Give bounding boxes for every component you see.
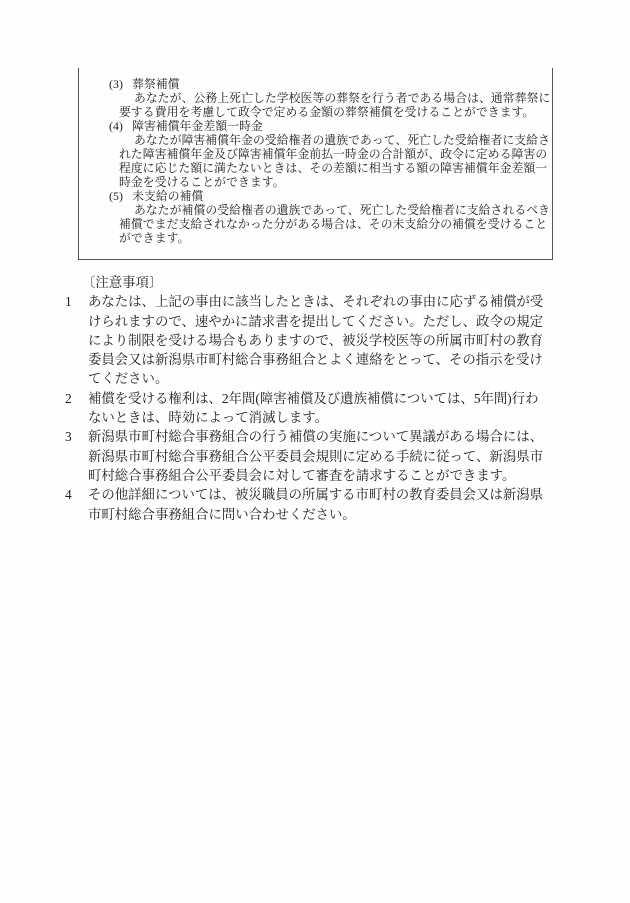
clause-5-heading: (5)未支給の補償 (79, 189, 552, 203)
clause-4-number: (4) (109, 119, 123, 133)
note-1-line: 1あなたは、上記の事由に該当したときは、それぞれの事由に応ずる補償が受 (0, 292, 630, 311)
clause-4-title: 障害補償年金差額一時金 (132, 119, 263, 133)
clause-5-body-line: あなたが補償の受給権者の遺族であって、死亡した受給権者に支給されるべき (79, 203, 552, 217)
clause-3-body-line: あなたが、公務上死亡した学校医等の葬祭を行う者である場合は、通常葬祭に (79, 91, 552, 105)
note-1-number: 1 (65, 292, 72, 311)
clause-3-title: 葬祭補償 (132, 77, 180, 91)
note-1-line: けられますので、速やかに請求書を提出してください。ただし、政令の規定 (0, 312, 630, 331)
clause-5-body-line: 補償でまだ支給されなかった分がある場合は、その未支給分の補償を受けること (79, 217, 552, 231)
clause-4-body-line: 程度に応じた額に満たないときは、その差額に相当する額の障害補償年金差額一 (79, 161, 552, 175)
note-1-text: あなたは、上記の事由に該当したときは、それぞれの事由に応ずる補償が受 (88, 294, 543, 309)
note-1-line: てください。 (0, 369, 630, 388)
notes-heading: 〔注意事項〕 (0, 273, 630, 292)
note-3-number: 3 (65, 427, 72, 446)
clause-3-body-line: 要する費用を考慮して政令で定める金額の葬祭補償を受けることができます。 (79, 105, 552, 119)
note-3-line: 3新潟県市町村総合事務組合の行う補償の実施について異議がある場合には、 (0, 427, 630, 446)
note-1-line: により制限を受ける場合もありますので、被災学校医等の所属市町村の教育 (0, 331, 630, 350)
note-4-number: 4 (65, 485, 72, 504)
clause-4-body-line: 時金を受けることができます。 (79, 175, 552, 189)
note-3-text: 新潟県市町村総合事務組合の行う補償の実施について異議がある場合には、 (88, 429, 543, 444)
note-3-line: 町村総合事務組合公平委員会に対して審査を請求することができます。 (0, 466, 630, 485)
note-2-text: 補償を受ける権利は、2年間(障害補償及び遺族補償については、5年間)行わ (88, 391, 539, 406)
note-1-line: 委員会又は新潟県市町村総合事務組合とよく連絡をとって、その指示を受け (0, 350, 630, 369)
clause-4-body-line: れた障害補償年金及び障害補償年金前払一時金の合計額が、政令に定める障害の (79, 147, 552, 161)
note-2-line: ないときは、時効によって消滅します。 (0, 408, 630, 427)
note-3-line: 新潟県市町村総合事務組合公平委員会規則に定める手続に従って、新潟県市 (0, 447, 630, 466)
note-4-text: その他詳細については、被災職員の所属する市町村の教育委員会又は新潟県 (88, 487, 543, 502)
compensation-clauses-box: (3)葬祭補償 あなたが、公務上死亡した学校医等の葬祭を行う者である場合は、通常… (78, 68, 553, 260)
note-4-line: 4その他詳細については、被災職員の所属する市町村の教育委員会又は新潟県 (0, 485, 630, 504)
clause-3-number: (3) (109, 77, 123, 91)
clause-4-heading: (4)障害補償年金差額一時金 (79, 119, 552, 133)
clause-3-heading: (3)葬祭補償 (79, 77, 552, 91)
clause-4-body-line: あなたが障害補償年金の受給権者の遺族であって、死亡した受給権者に支給さ (79, 133, 552, 147)
clause-5-number: (5) (109, 189, 123, 203)
note-2-number: 2 (65, 389, 72, 408)
note-4-line: 市町村総合事務組合に問い合わせください。 (0, 505, 630, 524)
clause-5-body-line: ができます。 (79, 231, 552, 245)
document-page: (3)葬祭補償 あなたが、公務上死亡した学校医等の葬祭を行う者である場合は、通常… (0, 0, 630, 903)
note-2-line: 2補償を受ける権利は、2年間(障害補償及び遺族補償については、5年間)行わ (0, 389, 630, 408)
notes-section: 〔注意事項〕 1あなたは、上記の事由に該当したときは、それぞれの事由に応ずる補償… (0, 273, 630, 524)
clause-5-title: 未支給の補償 (132, 189, 203, 203)
